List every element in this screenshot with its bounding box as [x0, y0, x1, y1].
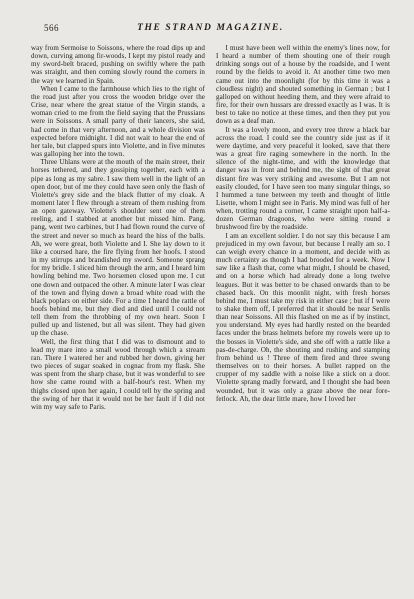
paragraph: Three Uhlans were at the mouth of the ma… [31, 158, 205, 337]
running-head: 566 THE STRAND MAGAZINE. [31, 23, 390, 36]
text-block: way from Sermoise to Soissons, where the… [31, 44, 390, 411]
paragraph: way from Sermoise to Soissons, where the… [31, 44, 205, 85]
paragraph: When I came to the farmhouse which lies … [31, 85, 205, 158]
left-column: way from Sermoise to Soissons, where the… [31, 44, 205, 411]
paragraph: Well, the first thing that I did was to … [31, 338, 205, 411]
right-column: I must have been well within the enemy's… [216, 44, 390, 411]
paragraph: It was a lovely moon, and every tree thr… [216, 126, 390, 232]
magazine-page: 566 THE STRAND MAGAZINE. way from Sermoi… [0, 0, 414, 599]
paragraph: I am an excellent soldier. I do not say … [216, 232, 390, 403]
paragraph: I must have been well within the enemy's… [216, 44, 390, 126]
page-title: THE STRAND MAGAZINE. [31, 23, 390, 33]
